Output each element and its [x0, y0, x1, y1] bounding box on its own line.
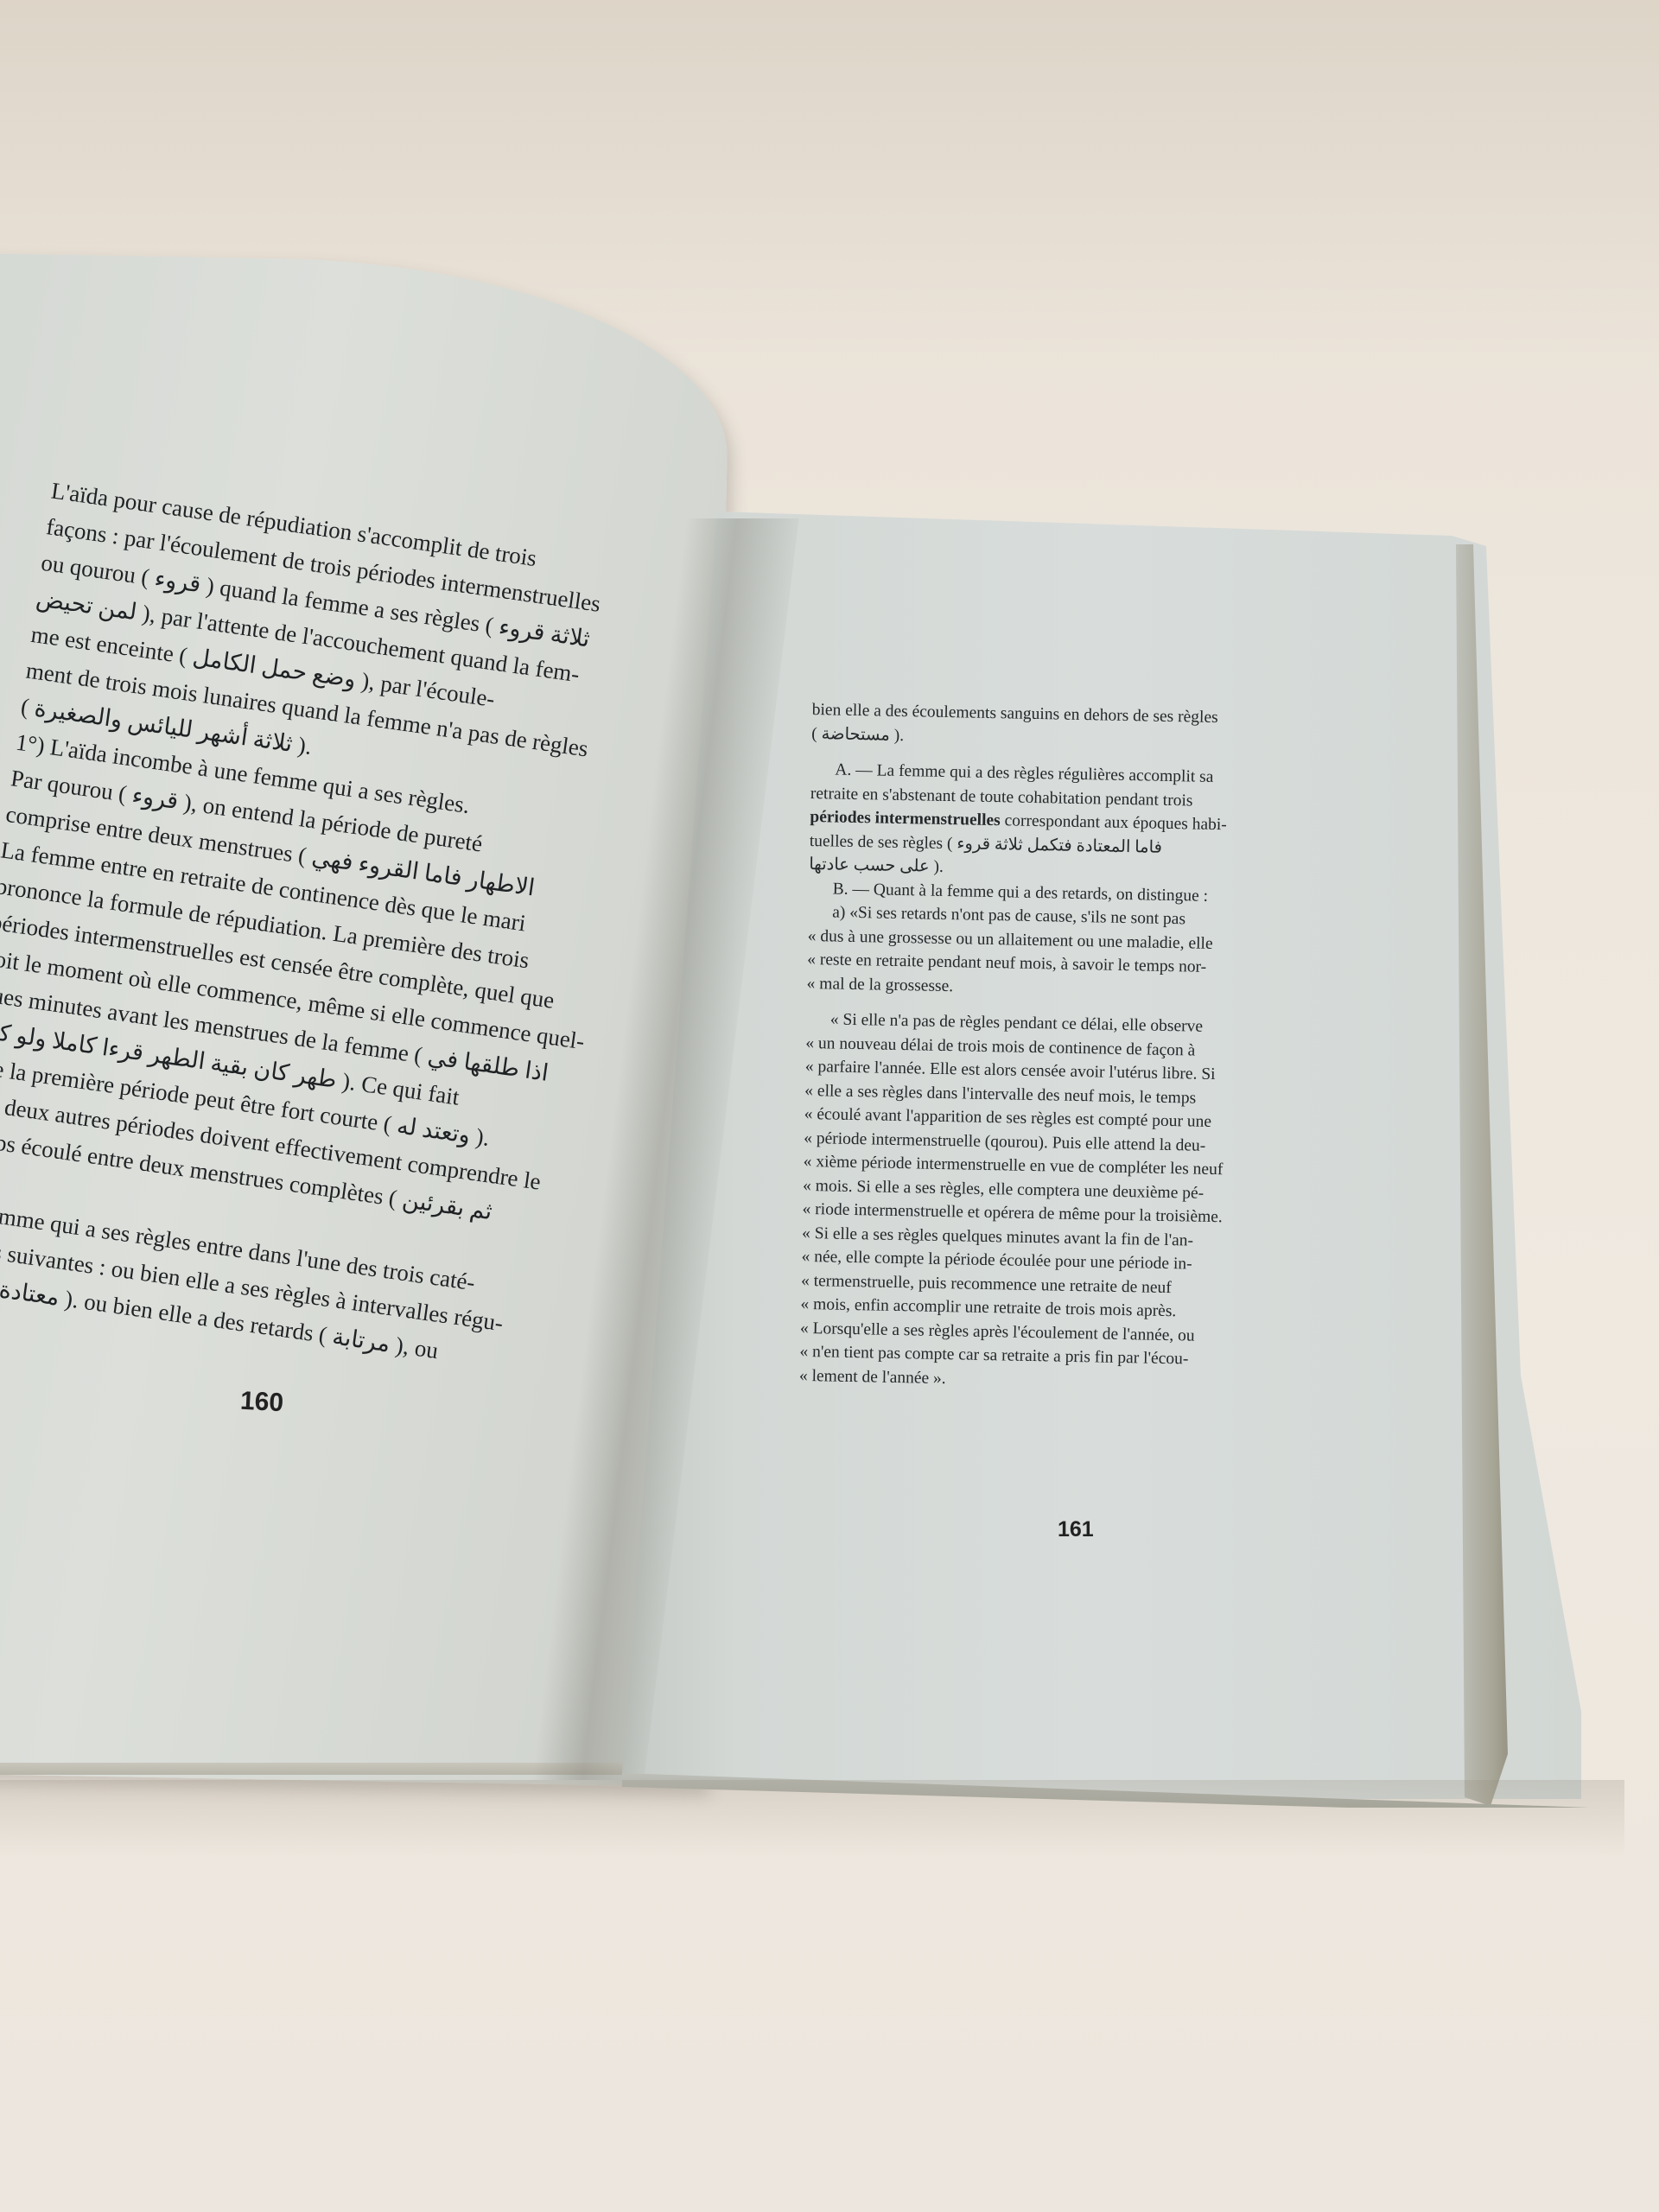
page-number-right: 161: [1058, 1517, 1094, 1542]
page-number-left: 160: [239, 1387, 284, 1419]
right-page-text: bien elle a des écoulements sanguins en …: [799, 698, 1352, 1398]
book-shadow: [0, 1780, 1624, 1858]
left-page-text: L'aïda pour cause de répudiation s'accom…: [0, 474, 670, 1388]
bold-term: périodes intermenstruelles: [810, 808, 1001, 829]
